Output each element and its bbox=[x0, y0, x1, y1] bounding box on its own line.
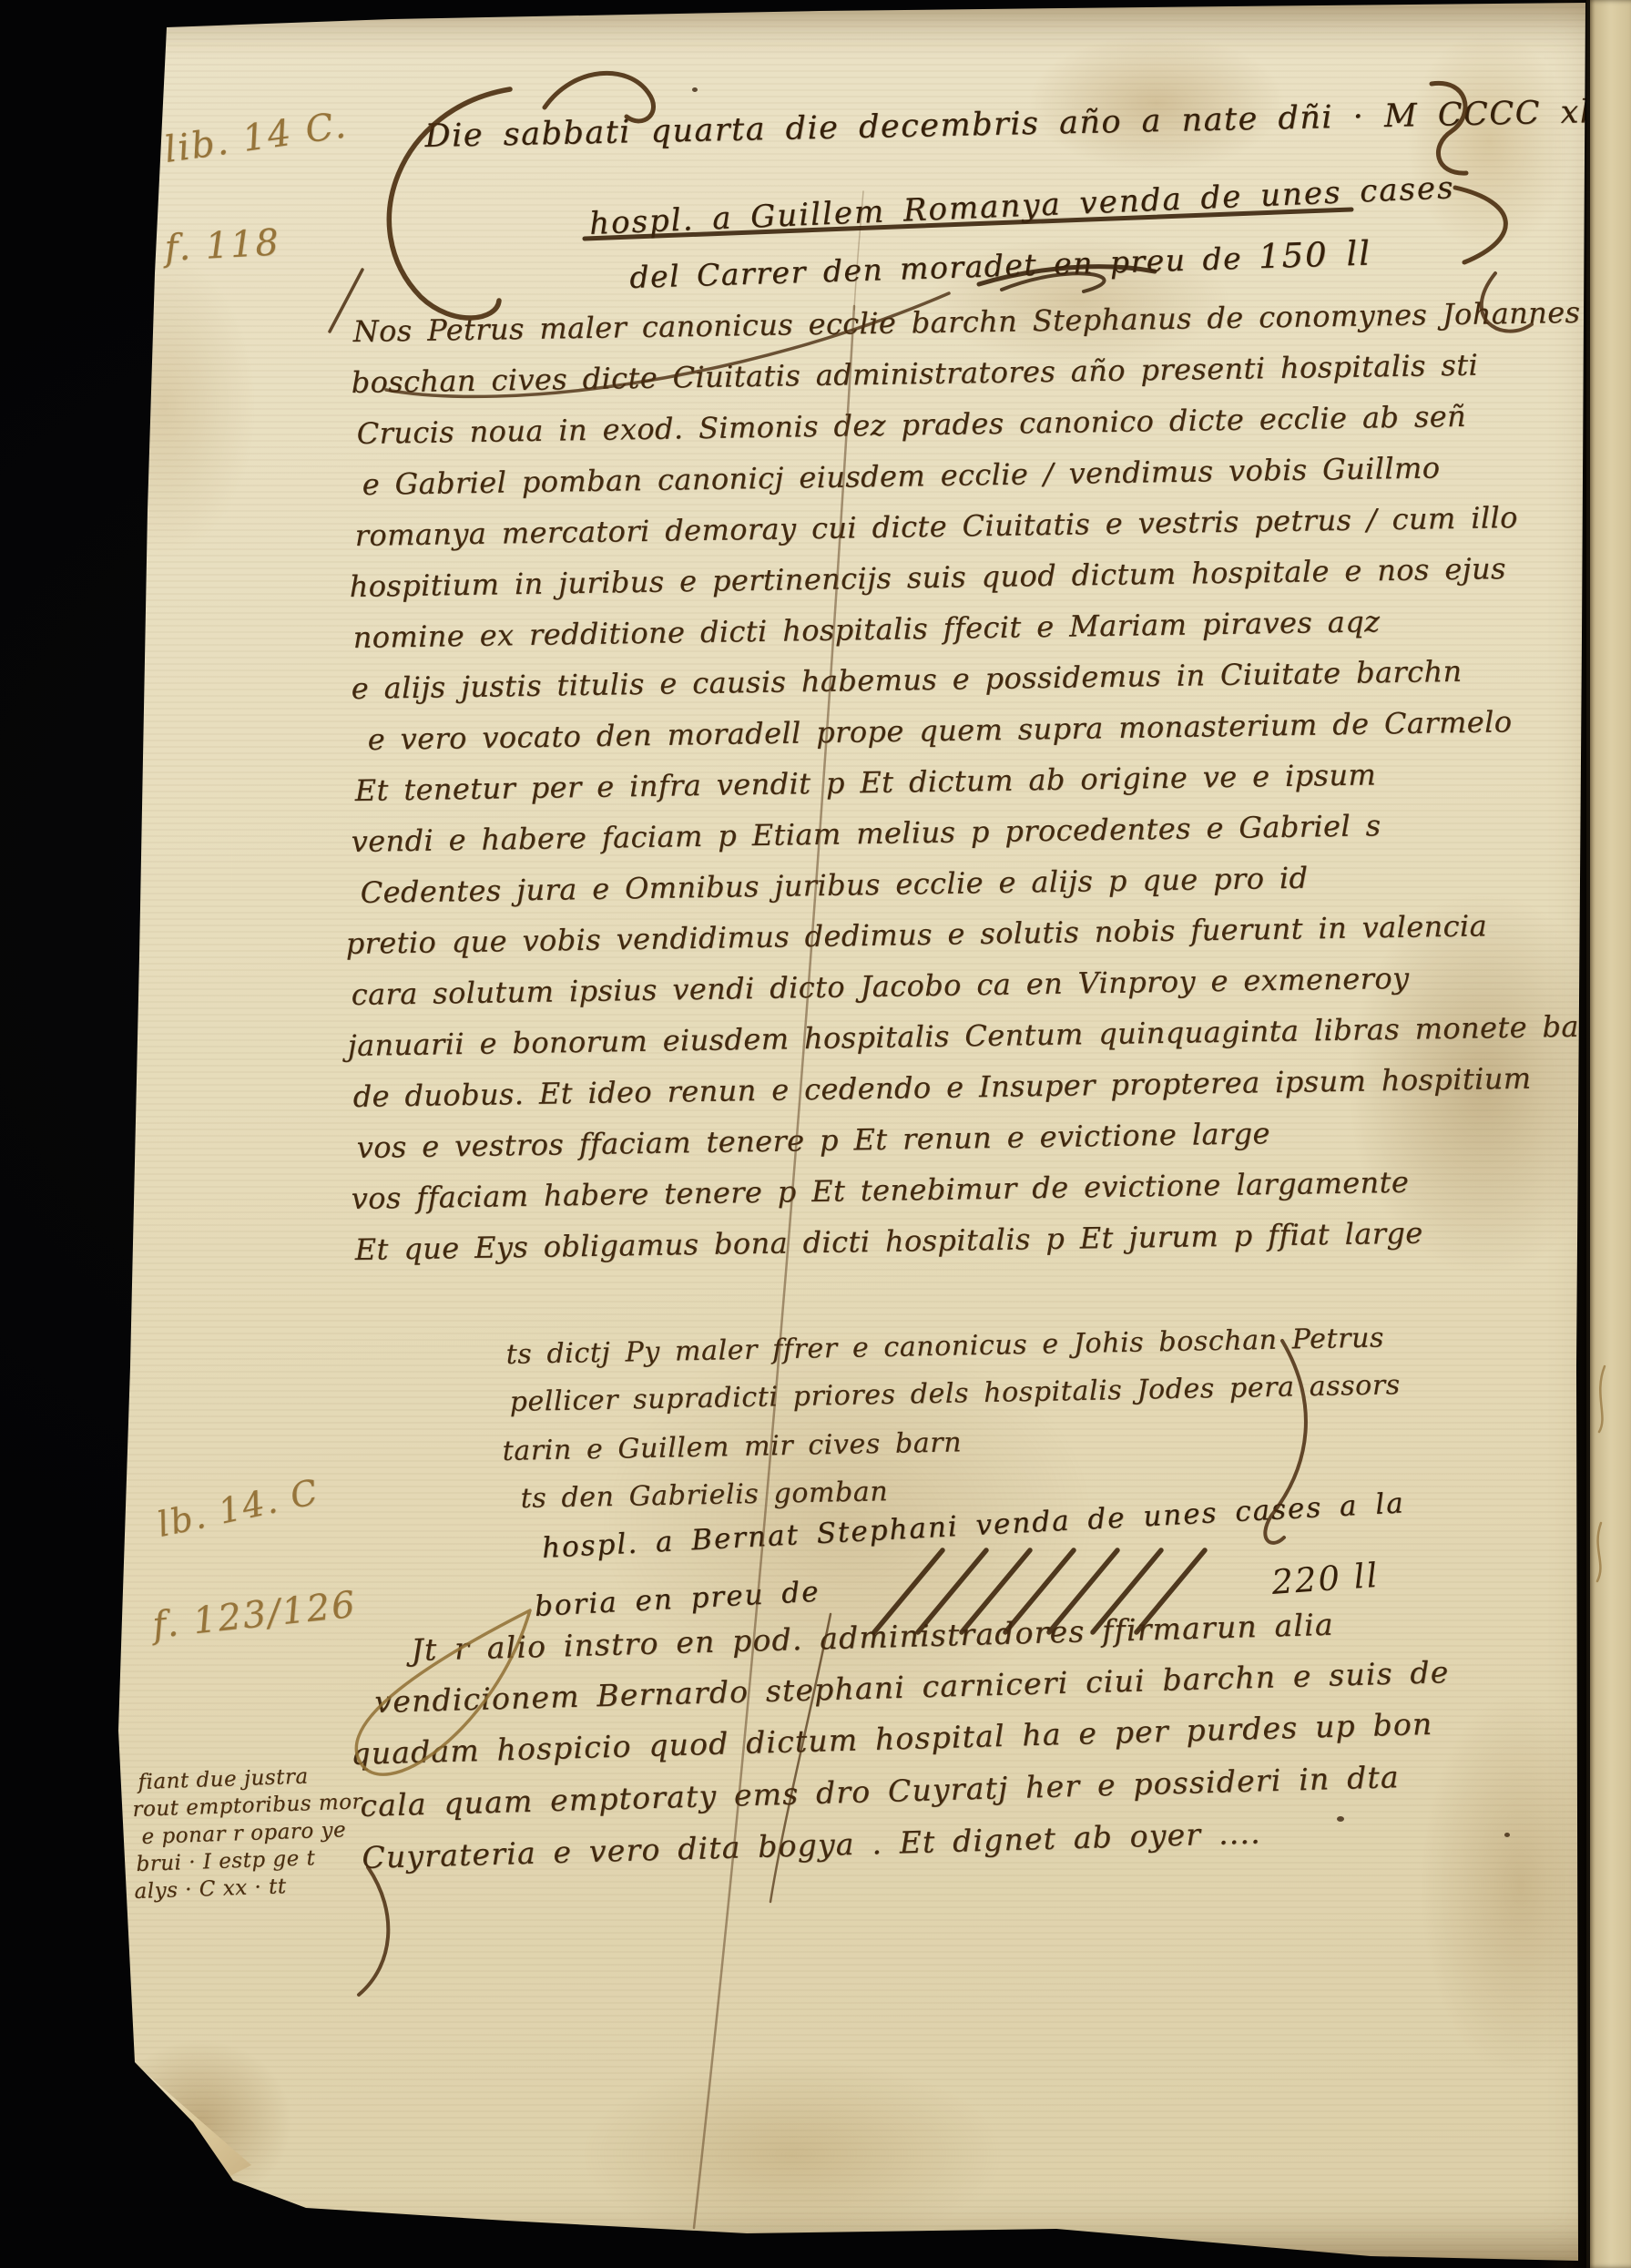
entry1-witness-line: ts den Gabrielis gomban bbox=[520, 1476, 888, 1515]
entry1-heading-preu-struck: en preu de bbox=[1053, 240, 1242, 281]
paper-stain bbox=[583, 2059, 1002, 2250]
paper-stain bbox=[73, 255, 255, 556]
entry1-body-line: boschan cives dicte Ciuitatis administra… bbox=[351, 348, 1478, 400]
ink-speck bbox=[1337, 1816, 1344, 1822]
entry1-body-line: vos ffaciam habere tenere p Et tenebimur… bbox=[351, 1165, 1409, 1216]
margin-shelfmark-top: lib. 14 C. bbox=[162, 104, 351, 171]
entry1-heading-line2: del Carrer den moradet en preu de 150 ll bbox=[629, 233, 1372, 296]
ink-speck bbox=[1504, 1833, 1510, 1837]
margin-note-line: e ponar r oparo ye bbox=[141, 1818, 346, 1849]
entry1-witness-line: tarin e Guillem mir cives barn bbox=[502, 1426, 962, 1467]
entry1-body-line: romanya mercatori demoray cui dicte Ciui… bbox=[354, 500, 1518, 553]
entry1-body-line: e alijs justis titulis e causis habemus … bbox=[351, 654, 1462, 706]
entry1-price: 150 ll bbox=[1258, 233, 1371, 276]
entry1-body-line: Cedentes jura e Omnibus juribus ecclie e… bbox=[360, 861, 1308, 910]
paper-stain bbox=[1407, 32, 1571, 250]
entry1-body-line: Et que Eys obligamus bona dicti hospital… bbox=[354, 1216, 1422, 1267]
margin-note-line: alys · C xx · tt bbox=[134, 1875, 287, 1904]
margin-note-line: brui · I estp ge t bbox=[136, 1846, 316, 1876]
entry1-heading-struck: hospl. a Guillem Romanya venda de unes c… bbox=[588, 169, 1455, 242]
entry1-date-header: Die sabbati quarta die decembris año a n… bbox=[424, 93, 1631, 155]
entry1-body-line: vendi e habere faciam p Etiam melius p p… bbox=[351, 808, 1381, 859]
ink-speck bbox=[692, 87, 698, 92]
entry1-body-line: Et tenetur per e infra vendit p Et dictu… bbox=[354, 757, 1376, 808]
adjacent-page-sliver bbox=[1586, 0, 1631, 2268]
margin-note-line: fiant due justra bbox=[138, 1764, 309, 1794]
entry1-body-line: hospitium in juribus e pertinencijs suis… bbox=[349, 551, 1506, 604]
entry1-body-line: e vero vocato den moradell prope quem su… bbox=[367, 704, 1512, 757]
entry1-body-line: de duobus. Et ideo renun e cedendo e Ins… bbox=[352, 1061, 1531, 1114]
entry1-body-line: vos e vestros ffaciam tenere p Et renun … bbox=[356, 1116, 1270, 1165]
entry1-witness-line: ts dictj Py maler ffrer e canonicus e Jo… bbox=[505, 1322, 1384, 1371]
entry1-body-line: Crucis noua in exod. Simonis dez prades … bbox=[356, 399, 1466, 451]
margin-folio-mid: f. 123/126 bbox=[150, 1584, 359, 1647]
entry1-heading-location: del Carrer den moradet bbox=[629, 246, 1055, 295]
entry2-price: 220 ll bbox=[1270, 1556, 1381, 1602]
page-corner-curl bbox=[133, 2064, 251, 2201]
entry2-heading-line2: boria en preu de bbox=[534, 1576, 821, 1623]
entry1-body-line: januarii e bonorum eiusdem hospitalis Ce… bbox=[347, 1008, 1612, 1063]
entry1-body-line: pretio que vobis vendidimus dedimus e so… bbox=[345, 908, 1487, 961]
entry1-body-line: Nos Petrus maler canonicus ecclie barchn… bbox=[352, 295, 1580, 349]
entry1-body-line: nomine ex redditione dicti hospitalis ff… bbox=[352, 604, 1380, 655]
entry1-witness-line: pellicer supradicti priores dels hospita… bbox=[509, 1369, 1401, 1418]
entry1-body-line: e Gabriel pomban canonicj eiusdem ecclie… bbox=[362, 450, 1440, 502]
margin-folio-top: f. 118 bbox=[164, 221, 281, 270]
margin-shelfmark-mid: lb. 14. C bbox=[154, 1471, 322, 1545]
photo-backdrop: lib. 14 C. f. 118 Die sabbati quarta die… bbox=[0, 0, 1631, 2268]
entry1-body-line: cara solutum ipsius vendi dicto Jacobo c… bbox=[351, 961, 1409, 1012]
entry2-body-line: Cuyrateria e vero dita bogya . Et dignet… bbox=[362, 1814, 1261, 1875]
entry2-body-line: cala quam emptoraty ems dro Cuyratj her … bbox=[360, 1759, 1400, 1824]
margin-note-line: rout emptoribus mor bbox=[132, 1790, 362, 1822]
manuscript-page: lib. 14 C. f. 118 Die sabbati quarta die… bbox=[0, 0, 1631, 2268]
